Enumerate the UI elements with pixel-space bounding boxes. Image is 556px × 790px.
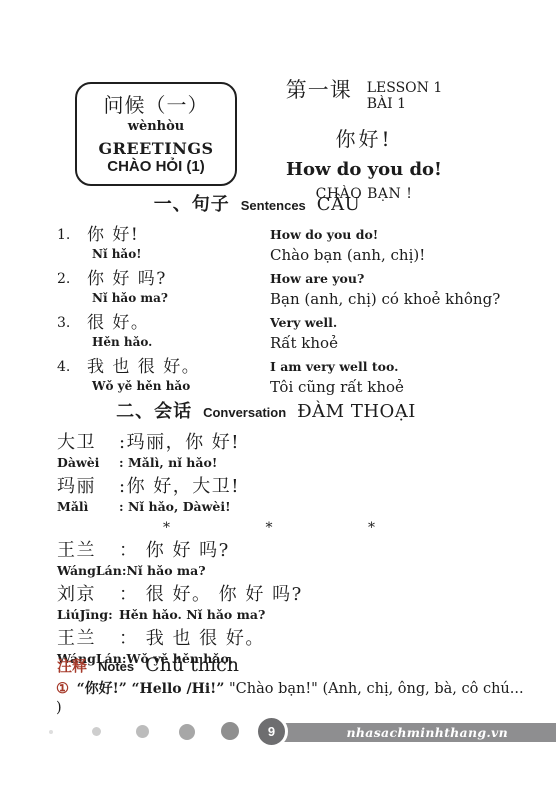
dialogue-line-3: 王兰 ： 你 好 吗? WángLán: Nǐ hǎo ma? <box>57 539 516 579</box>
speaker-hanzi: 大卫 <box>57 431 119 454</box>
sentence-pinyin: Nǐ hǎo! <box>87 246 270 265</box>
section-conversation-english: Conversation <box>203 405 286 420</box>
sentence-hanzi: 很 好。 <box>87 312 270 334</box>
dialogue-pinyin-text: Hěn hǎo. Nǐ hǎo ma? <box>119 606 265 623</box>
section-conversation-vietnamese: ĐÀM THOẠI <box>297 401 416 422</box>
lesson-header: 第一课 LESSON 1 BÀI 1 你好! How do you do! CH… <box>233 78 495 202</box>
textbook-page: 问候（一） wènhòu GREETINGS CHÀO HỎI (1) 第一课 … <box>0 0 556 790</box>
sentence-pinyin: Nǐ hǎo ma? <box>87 290 270 309</box>
progress-dot-1 <box>49 730 53 734</box>
sentence-hanzi: 我 也 很 好。 <box>87 356 270 378</box>
notes-english: Notes <box>98 659 134 674</box>
sentence-pinyin: Hěn hǎo. <box>87 334 270 353</box>
section-conversation-hanzi: 二、会话 <box>116 397 192 423</box>
dialogue-hanzi-row: 大卫 :玛丽，你 好! <box>57 431 516 454</box>
note-vietnamese-explanation: "Chào bạn!" (Anh, chị, ông, bà, cô chú..… <box>56 681 524 716</box>
note-english-phrase: “Hello /Hi!” <box>131 681 224 697</box>
dialogue-hanzi-text: ： 很 好。 你 好 吗? <box>119 583 303 606</box>
sentence-vietnamese: Rất khoẻ <box>270 334 516 353</box>
lesson-title-english: How do you do! <box>233 159 495 180</box>
note-number-icon: ① <box>56 680 69 697</box>
sentence-row-3: 3. 很 好。 Very well. Hěn hǎo. Rất khoẻ <box>57 312 516 353</box>
dialogue-line-1: 大卫 :玛丽，你 好! Dàwèi : Mǎlì, nǐ hǎo! <box>57 431 516 471</box>
topic-english: GREETINGS <box>81 139 231 158</box>
lesson-number-english: LESSON 1 <box>367 80 443 96</box>
dialogue-hanzi-text: ： 你 好 吗? <box>119 539 230 562</box>
speaker-pinyin: Mǎlì <box>57 498 119 515</box>
separator-asterisk: * <box>368 520 375 536</box>
progress-dot-3 <box>136 725 149 738</box>
sentence-english: Very well. <box>270 312 516 334</box>
section-sentences-english: Sentences <box>241 198 306 213</box>
speaker-hanzi: 玛丽 <box>57 475 119 498</box>
separator-asterisk: * <box>266 520 273 536</box>
dialogue-hanzi-row: 王兰 ： 你 好 吗? <box>57 539 516 562</box>
lesson-number-hanzi: 第一课 <box>286 78 352 102</box>
speaker-hanzi: 王兰 <box>57 627 119 650</box>
lesson-title-hanzi: 你好! <box>233 123 495 152</box>
lesson-number-latin: LESSON 1 BÀI 1 <box>367 78 443 112</box>
note-item-1: ① “你好!” “Hello /Hi!” "Chào bạn!" (Anh, c… <box>56 679 526 718</box>
sentence-row-4: 4. 我 也 很 好。 I am very well too. Wǒ yě hě… <box>57 356 516 397</box>
topic-pinyin: wènhòu <box>81 119 231 135</box>
dialogue-pinyin-text: : Nǐ hǎo, Dàwèi! <box>119 498 231 515</box>
lesson-number-row: 第一课 LESSON 1 BÀI 1 <box>233 78 495 112</box>
speaker-pinyin: LiúJīng: <box>57 606 119 623</box>
section-sentences-heading: 一、句子 Sentences CÂU <box>0 190 556 216</box>
dialogue-pinyin-text: : Mǎlì, nǐ hǎo! <box>119 454 217 471</box>
section-conversation-heading: 二、会话 Conversation ĐÀM THOẠI <box>0 397 556 423</box>
sentence-hanzi: 你 好! <box>87 224 270 246</box>
sentence-vietnamese: Bạn (anh, chị) có khoẻ không? <box>270 290 516 309</box>
footer-bar: nhasachminhthang.vn <box>268 723 556 742</box>
sentence-number: 3. <box>57 312 87 334</box>
topic-vietnamese: CHÀO HỎI (1) <box>81 158 231 176</box>
sentence-english: I am very well too. <box>270 356 516 378</box>
section-sentences-hanzi: 一、句子 <box>154 190 230 216</box>
dialogue-separator: * * * <box>163 520 375 536</box>
sentence-row-1: 1. 你 好! How do you do! Nǐ hǎo! Chào bạn … <box>57 224 516 265</box>
progress-dot-4 <box>179 724 195 740</box>
dialogue-pinyin-row: Mǎlì : Nǐ hǎo, Dàwèi! <box>57 498 516 515</box>
progress-dot-2 <box>92 727 101 736</box>
notes-vietnamese: Chú thích <box>145 654 239 676</box>
sentences-list: 1. 你 好! How do you do! Nǐ hǎo! Chào bạn … <box>57 224 516 400</box>
progress-dot-5 <box>221 722 239 740</box>
sentence-number: 2. <box>57 268 87 290</box>
dialogue-hanzi-text: :你 好，大卫! <box>119 475 240 498</box>
dialogue-hanzi-row: 玛丽 :你 好，大卫! <box>57 475 516 498</box>
page-number: 9 <box>268 724 275 739</box>
sentence-pinyin: Wǒ yě hěn hǎo <box>87 378 270 397</box>
dialogue-hanzi-text: :玛丽，你 好! <box>119 431 240 454</box>
speaker-pinyin: Dàwèi <box>57 454 119 471</box>
dialogue-pinyin-text: Nǐ hǎo ma? <box>126 562 205 579</box>
sentence-row-2: 2. 你 好 吗? How are you? Nǐ hǎo ma? Bạn (a… <box>57 268 516 309</box>
sentence-vietnamese: Chào bạn (anh, chị)! <box>270 246 516 265</box>
lesson-number-vietnamese: BÀI 1 <box>367 96 443 112</box>
speaker-hanzi: 刘京 <box>57 583 119 606</box>
dialogue-hanzi-text: ： 我 也 很 好。 <box>119 627 265 650</box>
page-number-badge: 9 <box>255 715 288 748</box>
sentence-english: How are you? <box>270 268 516 290</box>
notes-hanzi: 注释 <box>57 655 87 676</box>
footer-website: nhasachminhthang.vn <box>347 725 508 740</box>
dialogue-block: 大卫 :玛丽，你 好! Dàwèi : Mǎlì, nǐ hǎo! 玛丽 :你 … <box>57 431 516 671</box>
speaker-pinyin: WángLán: <box>57 562 126 579</box>
dialogue-pinyin-row: WángLán: Nǐ hǎo ma? <box>57 562 516 579</box>
speaker-hanzi: 王兰 <box>57 539 119 562</box>
dialogue-pinyin-row: LiúJīng: Hěn hǎo. Nǐ hǎo ma? <box>57 606 516 623</box>
section-sentences-vietnamese: CÂU <box>317 194 360 215</box>
dialogue-line-2: 玛丽 :你 好，大卫! Mǎlì : Nǐ hǎo, Dàwèi! <box>57 475 516 515</box>
dialogue-line-4: 刘京 ： 很 好。 你 好 吗? LiúJīng: Hěn hǎo. Nǐ hǎ… <box>57 583 516 623</box>
notes-heading: 注释 Notes Chú thích <box>57 654 239 676</box>
sentence-vietnamese: Tôi cũng rất khoẻ <box>270 378 516 397</box>
sentence-number: 4. <box>57 356 87 378</box>
topic-hanzi: 问候（一） <box>81 93 231 117</box>
note-hanzi-phrase: “你好!” <box>77 681 127 697</box>
dialogue-hanzi-row: 刘京 ： 很 好。 你 好 吗? <box>57 583 516 606</box>
dialogue-hanzi-row: 王兰 ： 我 也 很 好。 <box>57 627 516 650</box>
lesson-topic-box: 问候（一） wènhòu GREETINGS CHÀO HỎI (1) <box>75 82 237 186</box>
sentence-english: How do you do! <box>270 224 516 246</box>
sentence-number: 1. <box>57 224 87 246</box>
dialogue-pinyin-row: Dàwèi : Mǎlì, nǐ hǎo! <box>57 454 516 471</box>
sentence-hanzi: 你 好 吗? <box>87 268 270 290</box>
separator-asterisk: * <box>163 520 170 536</box>
